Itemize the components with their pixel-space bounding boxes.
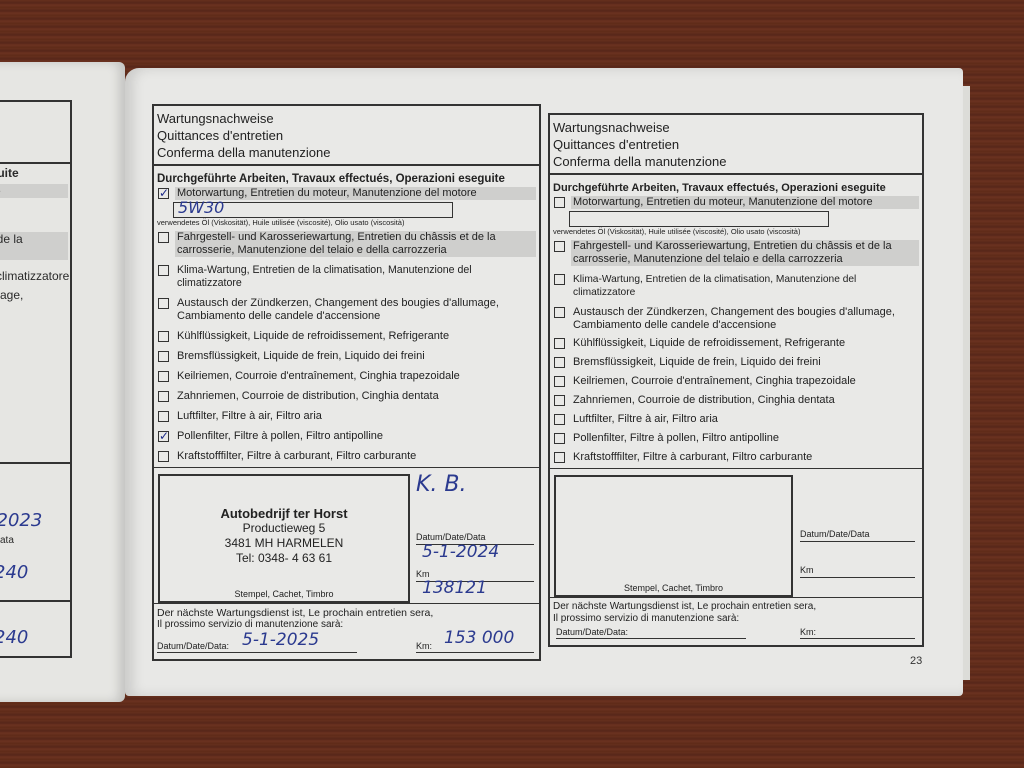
header-fr: Quittances d'entretien [157, 127, 535, 144]
item-chassis[interactable]: Fahrgestell- und Karosseriewartung, Entr… [553, 240, 919, 266]
next-km-label: Km: [800, 626, 816, 638]
km-handwritten: 138121 [422, 578, 487, 598]
form-header: Wartungsnachweise Quittances d'entretien… [154, 106, 539, 166]
header-it: Conferma della manutenzione [157, 144, 535, 161]
item-air-filter[interactable]: Luftfilter, Filtre à air, Filtro aria [157, 410, 536, 423]
next-service-section: Der nächste Wartungsdienst ist, Le proch… [550, 597, 922, 655]
stamp-caption: Stempel, Cachet, Timbro [556, 583, 791, 593]
left-page: guite re t de la l climatizzatore mage, … [0, 62, 125, 702]
checkbox-icon[interactable] [158, 298, 169, 309]
next-service-text-1: Der nächste Wartungsdienst ist, Le proch… [553, 601, 919, 613]
next-service-text-2: Il prossimo servizio di manutenzione sar… [553, 613, 919, 625]
left-date-label: /Data [0, 535, 14, 546]
form-header: Wartungsnachweise Quittances d'entretien… [550, 115, 922, 175]
item-aircon[interactable]: Klima-Wartung, Entretien de la climatisa… [157, 264, 536, 290]
next-date-line [157, 652, 357, 653]
dealer-street: Productieweg 5 [160, 521, 408, 536]
item-fuel-filter[interactable]: Kraftstofffilter, Filtre à carburant, Fi… [157, 450, 536, 463]
dealer-name: Autobedrijf ter Horst [160, 506, 408, 521]
next-date-label: Datum/Date/Data: [556, 626, 628, 638]
initials-handwritten: K. B. [416, 472, 467, 497]
checkbox-icon[interactable] [158, 391, 169, 402]
checkbox-icon[interactable] [554, 274, 565, 285]
header-de: Wartungsnachweise [553, 119, 918, 136]
stamp-caption: Stempel, Cachet, Timbro [160, 589, 408, 599]
left-next-km-handwritten: 240 [0, 627, 28, 648]
left-item-frag-4: mage, [0, 288, 23, 302]
dealer-city: 3481 MH HARMELEN [160, 536, 408, 551]
work-section: Durchgeführte Arbeiten, Travaux effectué… [154, 166, 539, 463]
next-km-line [416, 652, 534, 653]
checkbox-checked-icon[interactable]: ✓ [158, 431, 169, 442]
maintenance-record-form-1: Wartungsnachweise Quittances d'entretien… [152, 104, 541, 661]
item-timing-belt[interactable]: Zahnriemen, Courroie de distribution, Ci… [553, 394, 919, 407]
header-de: Wartungsnachweise [157, 110, 535, 127]
checkbox-icon[interactable] [554, 197, 565, 208]
item-v-belt[interactable]: Keilriemen, Courroie d'entraînement, Cin… [553, 375, 919, 388]
checkbox-icon[interactable] [554, 307, 565, 318]
next-km-handwritten: 153 000 [444, 632, 514, 644]
maintenance-record-form-2: Wartungsnachweise Quittances d'entretien… [548, 113, 924, 647]
left-date-handwritten: -2023 [0, 510, 42, 531]
left-form-header-box [0, 100, 72, 164]
checkbox-icon[interactable] [158, 411, 169, 422]
item-spark-plugs[interactable]: Austausch der Zündkerzen, Changement des… [553, 306, 919, 332]
item-pollen-filter[interactable]: ✓Pollenfilter, Filtre à pollen, Filtro a… [157, 430, 536, 443]
section-title: Durchgeführte Arbeiten, Travaux effectué… [157, 172, 536, 186]
next-service-section: Der nächste Wartungsdienst ist, Le proch… [154, 603, 539, 661]
work-section: Durchgeführte Arbeiten, Travaux effectué… [550, 175, 922, 464]
page-number: 23 [910, 655, 922, 667]
section-title: Durchgeführte Arbeiten, Travaux effectué… [553, 181, 919, 195]
item-brake-fluid[interactable]: Bremsflüssigkeit, Liquide de frein, Liqu… [157, 350, 536, 363]
checkbox-icon[interactable] [158, 371, 169, 382]
dealer-stamp: Autobedrijf ter Horst Productieweg 5 348… [158, 474, 410, 603]
checkbox-icon[interactable] [554, 452, 565, 463]
checkbox-icon[interactable] [554, 433, 565, 444]
header-fr: Quittances d'entretien [553, 136, 918, 153]
next-km-line [800, 638, 915, 639]
date-label: Datum/Date/Data [416, 532, 486, 542]
checkbox-icon[interactable] [554, 376, 565, 387]
date-line [800, 541, 915, 542]
checkbox-icon[interactable] [554, 241, 565, 252]
checkbox-icon[interactable] [158, 331, 169, 342]
oil-caption: verwendetes Öl (Viskosität), Huile utili… [553, 227, 919, 236]
left-km-handwritten: 240 [0, 562, 28, 583]
item-fuel-filter[interactable]: Kraftstofffilter, Filtre à carburant, Fi… [553, 451, 919, 464]
item-v-belt[interactable]: Keilriemen, Courroie d'entraînement, Cin… [157, 370, 536, 383]
checkbox-icon[interactable] [554, 357, 565, 368]
item-coolant[interactable]: Kühlflüssigkeit, Liquide de refroidissem… [157, 330, 536, 343]
checkbox-checked-icon[interactable]: ✓ [158, 188, 169, 199]
left-item-frag-1: re [0, 184, 68, 198]
stamp-section: Stempel, Cachet, Timbro Datum/Date/Data … [550, 468, 922, 597]
item-coolant[interactable]: Kühlflüssigkeit, Liquide de refroidissem… [553, 337, 919, 350]
item-brake-fluid[interactable]: Bremsflüssigkeit, Liquide de frein, Liqu… [553, 356, 919, 369]
next-date-label: Datum/Date/Data: [157, 640, 229, 652]
left-item-frag-2: t de la [0, 232, 68, 260]
oil-viscosity-value: 5W30 [178, 198, 224, 217]
date-handwritten: 5-1-2024 [422, 542, 499, 562]
oil-caption: verwendetes Öl (Viskosität), Huile utili… [157, 218, 536, 227]
dealer-phone: Tel: 0348- 4 63 61 [160, 551, 408, 566]
km-label: Km [800, 565, 814, 575]
next-date-line [556, 638, 746, 639]
oil-viscosity-field[interactable] [569, 211, 829, 227]
item-pollen-filter[interactable]: Pollenfilter, Filtre à pollen, Filtro an… [553, 432, 919, 445]
next-km-label: Km: [416, 640, 432, 652]
item-spark-plugs[interactable]: Austausch der Zündkerzen, Changement des… [157, 297, 536, 323]
item-timing-belt[interactable]: Zahnriemen, Courroie de distribution, Ci… [157, 390, 536, 403]
checkbox-icon[interactable] [158, 351, 169, 362]
header-it: Conferma della manutenzione [553, 153, 918, 170]
left-section-tail: guite [0, 166, 19, 180]
km-line [800, 577, 915, 578]
next-date-handwritten: 5-1-2025 [242, 634, 319, 646]
item-aircon[interactable]: Klima-Wartung, Entretien de la climatisa… [553, 273, 919, 299]
checkbox-icon[interactable] [158, 451, 169, 462]
stamp-section: Autobedrijf ter Horst Productieweg 5 348… [154, 467, 539, 603]
checkbox-icon[interactable] [158, 265, 169, 276]
checkbox-icon[interactable] [554, 395, 565, 406]
checkbox-icon[interactable] [158, 232, 169, 243]
item-engine[interactable]: Motorwartung, Entretien du moteur, Manut… [553, 196, 919, 209]
checkbox-icon[interactable] [554, 414, 565, 425]
date-label: Datum/Date/Data [800, 529, 870, 539]
checkbox-icon[interactable] [554, 338, 565, 349]
dealer-stamp: Stempel, Cachet, Timbro [554, 475, 793, 597]
item-chassis[interactable]: Fahrgestell- und Karosseriewartung, Entr… [157, 231, 536, 257]
left-form-items-box [0, 160, 72, 464]
item-air-filter[interactable]: Luftfilter, Filtre à air, Filtro aria [553, 413, 919, 426]
left-item-frag-3: l climatizzatore [0, 269, 69, 283]
next-service-text-1: Der nächste Wartungsdienst ist, Le proch… [157, 607, 536, 619]
oil-viscosity-field[interactable]: 5W30 [173, 202, 453, 218]
